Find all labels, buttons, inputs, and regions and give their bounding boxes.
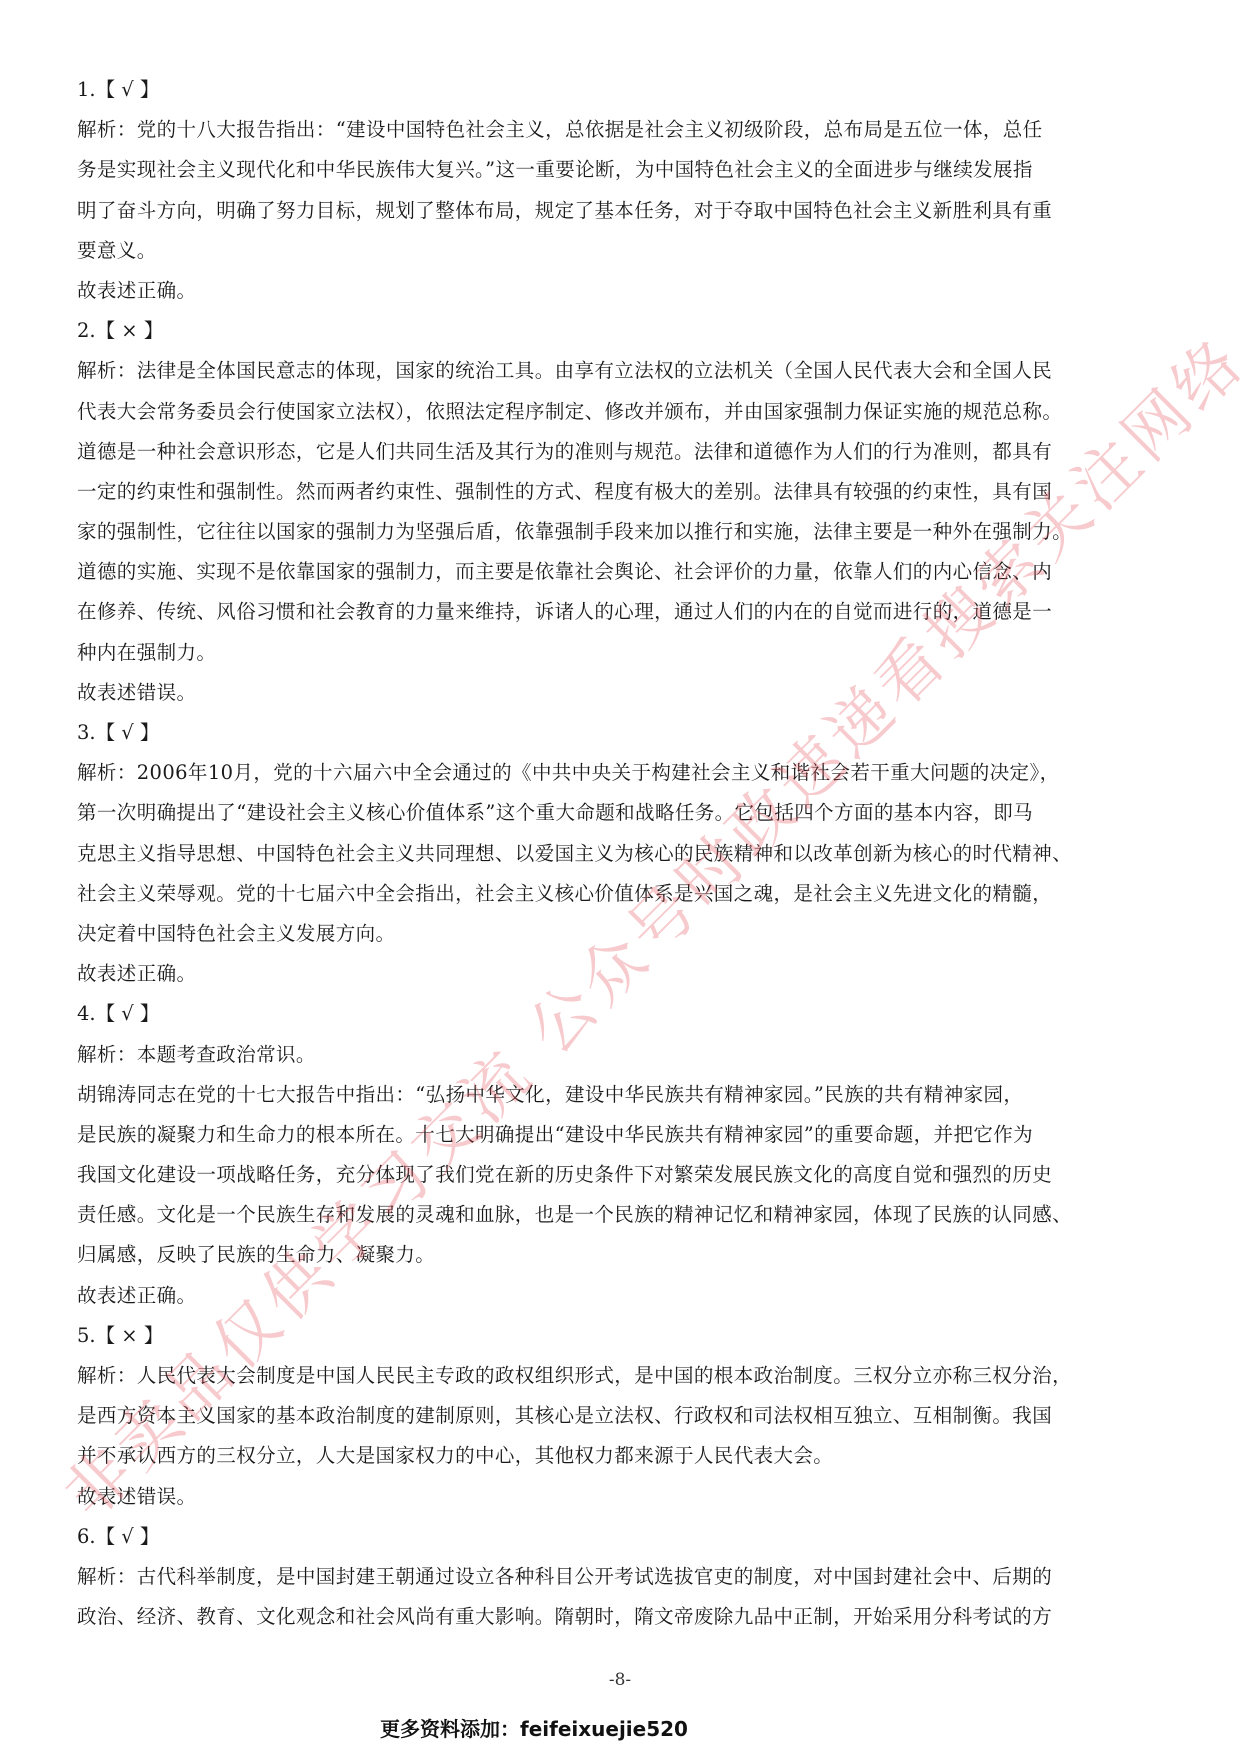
question-block: 3.【 √ 】解析：2006年10月，党的十六届六中全会通过的《中共中央关于构建… [77, 713, 1167, 994]
explanation-line: 道德的实施、实现不是依靠国家的强制力，而主要是依靠社会舆论、社会评价的力量，依靠… [77, 552, 1167, 592]
explanation-line: 解析：法律是全体国民意志的体现，国家的统治工具。由享有立法权的立法机关（全国人民… [77, 351, 1167, 391]
explanation-line: 解析：古代科举制度，是中国封建王朝通过设立各种科目公开考试选拔官吏的制度，对中国… [77, 1557, 1167, 1597]
question-answer-header: 6.【 √ 】 [77, 1517, 1167, 1557]
question-block: 2.【 × 】解析：法律是全体国民意志的体现，国家的统治工具。由享有立法权的立法… [77, 311, 1167, 713]
explanation-line: 并不承认西方的三权分立，人大是国家权力的中心，其他权力都来源于人民代表大会。 [77, 1436, 1167, 1476]
question-answer-header: 3.【 √ 】 [77, 713, 1167, 753]
explanation-line: 解析：本题考查政治常识。 [77, 1035, 1167, 1075]
question-block: 1.【 √ 】解析：党的十八大报告指出：“建设中国特色社会主义，总依据是社会主义… [77, 70, 1167, 311]
page-number: -8- [0, 1670, 1240, 1690]
conclusion-line: 故表述正确。 [77, 1276, 1167, 1316]
explanation-line: 要意义。 [77, 231, 1167, 271]
explanation-line: 第一次明确提出了“建设社会主义核心价值体系”这个重大命题和战略任务。它包括四个方… [77, 793, 1167, 833]
question-block: 4.【 √ 】解析：本题考查政治常识。胡锦涛同志在党的十七大报告中指出：“弘扬中… [77, 994, 1167, 1316]
question-block: 5.【 × 】解析：人民代表大会制度是中国人民民主专政的政权组织形式，是中国的根… [77, 1316, 1167, 1517]
explanation-line: 决定着中国特色社会主义发展方向。 [77, 914, 1167, 954]
explanation-line: 社会主义荣辱观。党的十七届六中全会指出，社会主义核心价值体系是兴国之魂，是社会主… [77, 874, 1167, 914]
document-page: 1.【 √ 】解析：党的十八大报告指出：“建设中国特色社会主义，总依据是社会主义… [0, 0, 1240, 1754]
explanation-line: 政治、经济、教育、文化观念和社会风尚有重大影响。隋朝时，隋文帝废除九品中正制，开… [77, 1597, 1167, 1637]
explanation-line: 是民族的凝聚力和生命力的根本所在。十七大明确提出“建设中华民族共有精神家园”的重… [77, 1115, 1167, 1155]
question-answer-header: 2.【 × 】 [77, 311, 1167, 351]
explanation-line: 是西方资本主义国家的基本政治制度的建制原则，其核心是立法权、行政权和司法权相互独… [77, 1396, 1167, 1436]
explanation-line: 解析：2006年10月，党的十六届六中全会通过的《中共中央关于构建社会主义和谐社… [77, 753, 1167, 793]
explanation-line: 胡锦涛同志在党的十七大报告中指出：“弘扬中华文化，建设中华民族共有精神家园。”民… [77, 1075, 1167, 1115]
explanation-line: 一定的约束性和强制性。然而两者约束性、强制性的方式、程度有极大的差别。法律具有较… [77, 472, 1167, 512]
answer-content: 1.【 √ 】解析：党的十八大报告指出：“建设中国特色社会主义，总依据是社会主义… [77, 70, 1167, 1637]
explanation-line: 解析：人民代表大会制度是中国人民民主专政的政权组织形式，是中国的根本政治制度。三… [77, 1356, 1167, 1396]
explanation-line: 责任感。文化是一个民族生存和发展的灵魂和血脉，也是一个民族的精神记忆和精神家园，… [77, 1195, 1167, 1235]
conclusion-line: 故表述正确。 [77, 271, 1167, 311]
explanation-line: 解析：党的十八大报告指出：“建设中国特色社会主义，总依据是社会主义初级阶段，总布… [77, 110, 1167, 150]
explanation-line: 务是实现社会主义现代化和中华民族伟大复兴。”这一重要论断，为中国特色社会主义的全… [77, 150, 1167, 190]
question-answer-header: 4.【 √ 】 [77, 994, 1167, 1034]
explanation-line: 明了奋斗方向，明确了努力目标，规划了整体布局，规定了基本任务，对于夺取中国特色社… [77, 191, 1167, 231]
explanation-line: 道德是一种社会意识形态，它是人们共同生活及其行为的准则与规范。法律和道德作为人们… [77, 432, 1167, 472]
conclusion-line: 故表述正确。 [77, 954, 1167, 994]
explanation-line: 在修养、传统、风俗习惯和社会教育的力量来维持，诉诸人的心理，通过人们的内在的自觉… [77, 592, 1167, 632]
explanation-line: 归属感，反映了民族的生命力、凝聚力。 [77, 1235, 1167, 1275]
explanation-line: 克思主义指导思想、中国特色社会主义共同理想、以爱国主义为核心的民族精神和以改革创… [77, 834, 1167, 874]
explanation-line: 家的强制性，它往往以国家的强制力为坚强后盾，依靠强制手段来加以推行和实施，法律主… [77, 512, 1167, 552]
explanation-line: 代表大会常务委员会行使国家立法权），依照法定程序制定、修改并颁布，并由国家强制力… [77, 392, 1167, 432]
conclusion-line: 故表述错误。 [77, 673, 1167, 713]
conclusion-line: 故表述错误。 [77, 1477, 1167, 1517]
question-answer-header: 5.【 × 】 [77, 1316, 1167, 1356]
explanation-line: 我国文化建设一项战略任务，充分体现了我们党在新的历史条件下对繁荣发展民族文化的高… [77, 1155, 1167, 1195]
question-block: 6.【 √ 】解析：古代科举制度，是中国封建王朝通过设立各种科目公开考试选拔官吏… [77, 1517, 1167, 1638]
explanation-line: 种内在强制力。 [77, 633, 1167, 673]
question-answer-header: 1.【 √ 】 [77, 70, 1167, 110]
footer-contact: 更多资料添加：feifeixuejie520 [380, 1713, 688, 1742]
